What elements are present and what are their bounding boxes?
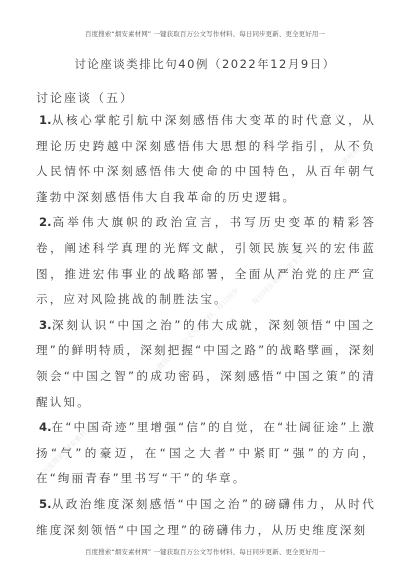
document-page: 百度搜索“烟安素材网” 一键获取百万公文写作材料、每日同步更新、更全更好用一 讨… (0, 0, 410, 580)
paragraph-number: 2. (39, 215, 51, 229)
paragraph-number: 5. (39, 497, 51, 511)
paragraph-text: 从核心掌舵引航中深刻感悟伟大变革的时代意义，从理论历史跨越中深刻感悟伟大思想的科… (36, 113, 376, 204)
paragraph-number: 4. (39, 420, 51, 434)
paragraph-3: 3.深刻认识“中国之治”的伟大成就，深刻领悟“中国之理”的鲜明特质，深刻把握“中… (36, 313, 376, 415)
paragraph-number: 1. (39, 113, 51, 127)
paragraph-text: 高举伟大旗帜的政治宣言，书写历史变革的精彩答卷，阐述科学真理的光辉文献，引领民族… (36, 215, 376, 306)
paragraph-number: 3. (39, 318, 51, 332)
document-body: 1.从核心掌舵引航中深刻感悟伟大变革的时代意义，从理论历史跨越中深刻感悟伟大思想… (36, 108, 376, 543)
section-heading: 讨论座谈（五） (36, 89, 134, 106)
page-footer: 百度搜索“烟安素材网” 一键获取百万公文写作材料、每日同步更新、更全更好用一 (0, 547, 410, 556)
paragraph-text: 深刻认识“中国之治”的伟大成就，深刻领悟“中国之理”的鲜明特质，深刻把握“中国之… (36, 318, 376, 409)
paragraph-4: 4.在“中国奇迹”里增强“信”的自觉，在“壮阔征途”上激扬“气”的豪迈，在“国之… (36, 415, 376, 492)
paragraph-2: 2.高举伟大旗帜的政治宣言，书写历史变革的精彩答卷，阐述科学真理的光辉文献，引领… (36, 210, 376, 312)
page-header: 百度搜索“烟安素材网” 一键获取百万公文写作材料、每日同步更新、更全更好用一 (0, 29, 410, 38)
paragraph-1: 1.从核心掌舵引航中深刻感悟伟大变革的时代意义，从理论历史跨越中深刻感悟伟大思想… (36, 108, 376, 210)
document-title: 讨论座谈类排比句40例（2022年12月9日） (0, 56, 410, 72)
paragraph-text: 从政治维度深刻感悟“中国之治”的磅礴伟力，从时代维度深刻领悟“中国之理”的磅礴伟… (36, 497, 376, 537)
paragraph-5: 5.从政治维度深刻感悟“中国之治”的磅礴伟力，从时代维度深刻领悟“中国之理”的磅… (36, 492, 376, 543)
paragraph-text: 在“中国奇迹”里增强“信”的自觉，在“壮阔征途”上激扬“气”的豪迈，在“国之大者… (36, 420, 376, 485)
